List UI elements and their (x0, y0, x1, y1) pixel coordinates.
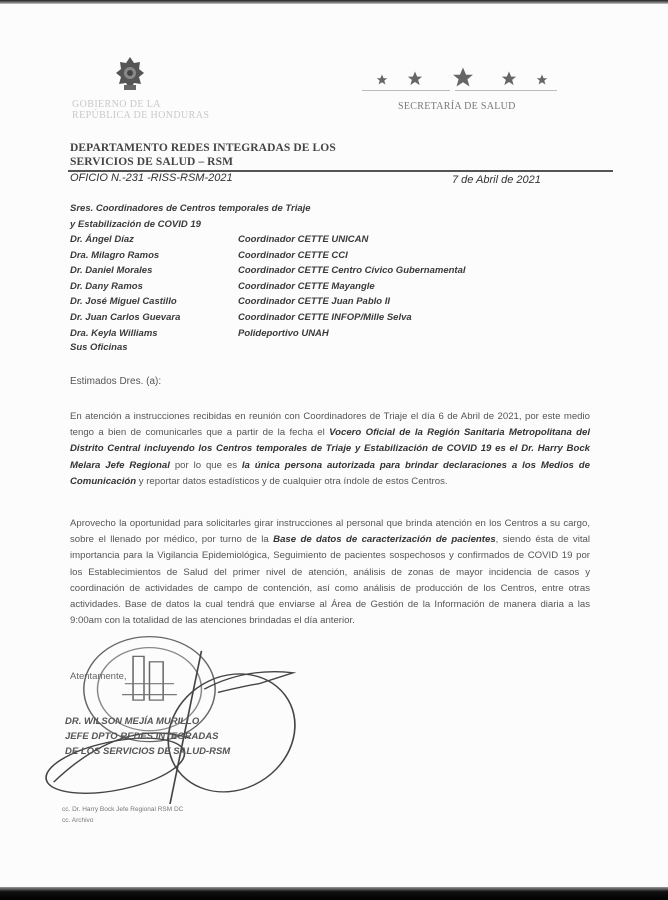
government-line-1: GOBIERNO DE LA (72, 99, 209, 110)
signer-block: DR. WILSON MEJÍA MURILLO JEFE DPTO REDES… (65, 714, 230, 759)
recipient-row: Dra. Keyla Williams Polideportivo UNAH (70, 326, 466, 342)
five-stars-icon (370, 66, 560, 92)
oficio-number: OFICIO N.-231 -RISS-RSM-2021 (70, 172, 233, 184)
recipient-role: Coordinador CETTE INFOP/Mille Selva (238, 310, 412, 326)
addressee-heading: Sres. Coordinadores de Centros temporale… (70, 201, 311, 232)
department-title: DEPARTAMENTO REDES INTEGRADAS DE LOS SER… (70, 141, 336, 169)
body-paragraph-1: En atención a instrucciones recibidas en… (70, 409, 590, 490)
signer-title-2: DE LOS SERVICIOS DE SALUD-RSM (65, 744, 230, 759)
cc-line: cc. Dr. Harry Bock Jefe Regional RSM DC (62, 804, 183, 815)
recipients-list: Dr. Ángel Díaz Coordinador CETTE UNICAN … (70, 232, 466, 341)
letter-page: GOBIERNO DE LA REPÚBLICA DE HONDURAS SEC… (0, 4, 668, 887)
recipient-role: Coordinador CETTE Juan Pablo II (238, 294, 390, 310)
recipient-name: Dr. Daniel Morales (70, 263, 238, 279)
closing-salutation: Atentamente, (70, 671, 127, 682)
divider (455, 90, 557, 91)
letter-date: 7 de Abril de 2021 (452, 174, 541, 186)
signer-title-1: JEFE DPTO REDES INTEGRADAS (65, 729, 230, 744)
recipient-row: Dr. Ángel Díaz Coordinador CETTE UNICAN (70, 232, 466, 248)
signer-name: DR. WILSON MEJÍA MURILLO (65, 714, 230, 729)
recipient-name: Dr. Dany Ramos (70, 279, 238, 295)
addressee-line-1: Sres. Coordinadores de Centros temporale… (70, 201, 311, 217)
ministry-label: SECRETARÍA DE SALUD (398, 101, 516, 112)
government-line-2: REPÚBLICA DE HONDURAS (72, 110, 209, 121)
coat-of-arms-icon (115, 56, 145, 92)
bottom-band (0, 887, 668, 900)
cc-list: cc. Dr. Harry Bock Jefe Regional RSM DC … (62, 804, 183, 826)
recipient-name: Dra. Keyla Williams (70, 326, 238, 342)
recipient-name: Dra. Milagro Ramos (70, 248, 238, 264)
offices-label: Sus Oficinas (70, 342, 128, 353)
recipient-row: Dr. Dany Ramos Coordinador CETTE Mayangl… (70, 279, 466, 295)
government-label: GOBIERNO DE LA REPÚBLICA DE HONDURAS (72, 99, 209, 121)
recipient-row: Dr. José Miguel Castillo Coordinador CET… (70, 294, 466, 310)
recipient-role: Polideportivo UNAH (238, 326, 329, 342)
cc-line: cc. Archivo (62, 815, 183, 826)
recipient-row: Dr. Juan Carlos Guevara Coordinador CETT… (70, 310, 466, 326)
recipient-name: Dr. José Miguel Castillo (70, 294, 238, 310)
recipient-row: Dr. Daniel Morales Coordinador CETTE Cen… (70, 263, 466, 279)
recipient-name: Dr. Ángel Díaz (70, 232, 238, 248)
recipient-role: Coordinador CETTE Centro Cívico Gubernam… (238, 263, 466, 279)
department-line-1: DEPARTAMENTO REDES INTEGRADAS DE LOS (70, 141, 336, 155)
recipient-role: Coordinador CETTE CCI (238, 248, 348, 264)
addressee-line-2: y Estabilización de COVID 19 (70, 217, 311, 233)
recipient-role: Coordinador CETTE UNICAN (238, 232, 368, 248)
greeting: Estimados Dres. (a): (70, 376, 161, 387)
recipient-role: Coordinador CETTE Mayangle (238, 279, 375, 295)
body-paragraph-2: Aprovecho la oportunidad para solicitarl… (70, 516, 590, 629)
department-line-2: SERVICIOS DE SALUD – RSM (70, 155, 336, 169)
recipient-row: Dra. Milagro Ramos Coordinador CETTE CCI (70, 248, 466, 264)
recipient-name: Dr. Juan Carlos Guevara (70, 310, 238, 326)
divider (362, 90, 450, 91)
